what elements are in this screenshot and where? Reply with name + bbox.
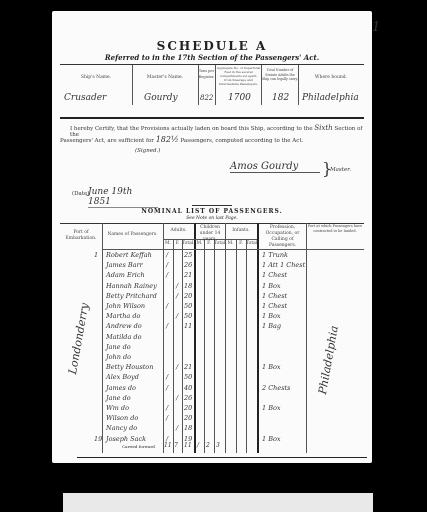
tons-value: 822 xyxy=(200,94,213,102)
header-infants: Infants. xyxy=(225,228,257,234)
adult-age: 25 xyxy=(184,251,192,259)
master-name-value: Gourdy xyxy=(144,93,178,103)
schedule-title: SCHEDULE A xyxy=(52,39,372,53)
statute-adults-value: 182 xyxy=(272,93,289,103)
passenger-name: Andrew do xyxy=(106,322,142,330)
adult-male-mark: / xyxy=(166,322,168,330)
passenger-luggage: 1 Box xyxy=(262,282,281,290)
passenger-name: Martha do xyxy=(106,312,140,320)
adult-age: 21 xyxy=(184,271,192,279)
passenger-name: Hannah Rainey xyxy=(106,282,157,290)
passenger-name: Nancy do xyxy=(106,424,137,432)
passenger-name: Betty Houston xyxy=(106,363,153,371)
page-number: 1 xyxy=(372,20,380,35)
schedule-subtitle: Referred to in the 17th Section of the P… xyxy=(52,53,372,62)
adult-age: 20 xyxy=(184,404,192,412)
superficial-feet-value: 1700 xyxy=(228,93,251,103)
master-label: Master. xyxy=(330,167,351,173)
header-port-landed: Port at which Passengers have contracted… xyxy=(306,224,364,233)
passenger-name: Wilson do xyxy=(106,414,138,422)
adult-age: 50 xyxy=(184,312,192,320)
header-where-bound: Where bound. xyxy=(298,75,364,81)
header-ship-name: Ship's Name. xyxy=(60,75,132,81)
passenger-name: John Wilson xyxy=(106,302,145,310)
adult-male-mark: / xyxy=(166,251,168,259)
passenger-luggage: 1 Trunk xyxy=(262,251,288,259)
carried-forward-row: Carried forward 11 7 11 / 2 3 xyxy=(102,441,364,451)
passenger-name: James do xyxy=(106,384,136,392)
adult-female-mark: / xyxy=(176,394,178,402)
passenger-number: 1 xyxy=(94,251,98,259)
nominal-list-subtitle: See Note on last Page. xyxy=(52,216,372,221)
passenger-luggage: 1 Bag xyxy=(262,322,281,330)
adult-female-mark: / xyxy=(176,282,178,290)
adult-age: 18 xyxy=(184,424,192,432)
where-bound-value: Philadelphia xyxy=(302,93,359,103)
adult-age: 21 xyxy=(184,363,192,371)
passenger-name: Alex Boyd xyxy=(106,373,139,381)
header-profession: Profession, Occupation, or Calling of Pa… xyxy=(259,225,306,249)
adult-age: 50 xyxy=(184,302,192,310)
passenger-count-value: 182½ xyxy=(156,135,179,144)
header-tons: Tons per Register. xyxy=(198,68,215,80)
header-names: Names of Passengers. xyxy=(102,232,163,238)
passenger-luggage: 1 Box xyxy=(262,363,281,371)
adult-male-mark: / xyxy=(166,414,168,422)
certification-line2: Passengers' Act, are sufficient for 182½… xyxy=(60,135,360,144)
passenger-name: Betty Pritchard xyxy=(106,292,157,300)
header-statute-adults: Total Number of Statute Adults the Ship … xyxy=(262,68,298,82)
passenger-luggage: 1 Chest xyxy=(262,302,287,310)
adult-age: 11 xyxy=(184,322,192,330)
header-adults: Adults. xyxy=(163,228,194,234)
passenger-name: Wm do xyxy=(106,404,129,412)
passenger-name: Jane do xyxy=(106,394,131,402)
passenger-luggage: 1 Chest xyxy=(262,292,287,300)
adult-male-mark: / xyxy=(166,384,168,392)
adult-male-mark: / xyxy=(166,373,168,381)
adult-female-mark: / xyxy=(176,424,178,432)
adult-age: 20 xyxy=(184,292,192,300)
header-master-name: Master's Name. xyxy=(132,75,198,81)
passenger-name: John do xyxy=(106,353,131,361)
header-port: Port of Embarkation. xyxy=(60,230,102,242)
date-value: June 19th 1851 xyxy=(88,187,158,208)
passenger-name: Matilda do xyxy=(106,333,141,341)
passenger-luggage: 1 Box xyxy=(262,404,281,412)
adult-male-mark: / xyxy=(166,261,168,269)
date-label: (Date) xyxy=(72,191,89,197)
signed-label: (Signed.) xyxy=(135,148,160,154)
ship-table: Ship's Name. Master's Name. Tons per Reg… xyxy=(60,65,364,107)
adult-male-mark: / xyxy=(166,404,168,412)
passenger-table: Port of Embarkation. Names of Passengers… xyxy=(60,223,364,457)
ship-name-value: Crusader xyxy=(64,93,106,103)
next-page-edge xyxy=(63,493,373,512)
adult-female-mark: / xyxy=(176,292,178,300)
passenger-name: Robert Keffah xyxy=(106,251,152,259)
passenger-name: Jane do xyxy=(106,343,131,351)
passenger-luggage: 2 Chests xyxy=(262,384,291,392)
passenger-luggage: 1 Att 1 Chest xyxy=(262,261,305,269)
passenger-name: Adam Erich xyxy=(106,271,145,279)
adult-age: 18 xyxy=(184,282,192,290)
nominal-list-title: NOMINAL LIST OF PASSENGERS. xyxy=(52,208,372,215)
passenger-name: James Barr xyxy=(106,261,143,269)
passenger-luggage: 1 Box xyxy=(262,312,281,320)
section-value: Sixth xyxy=(314,124,332,132)
bottom-rule xyxy=(77,457,367,458)
adult-male-mark: / xyxy=(166,271,168,279)
adult-age: 26 xyxy=(184,261,192,269)
passenger-luggage: 1 Chest xyxy=(262,271,287,279)
adult-male-mark: / xyxy=(166,302,168,310)
adult-age: 20 xyxy=(184,414,192,422)
header-superficial-feet: Aggregate No. of Superficial Feet in the… xyxy=(216,66,261,86)
master-signature: Amos Gourdy xyxy=(230,161,320,173)
adult-female-mark: / xyxy=(176,363,178,371)
adult-female-mark: / xyxy=(176,312,178,320)
document-page: 1 SCHEDULE A Referred to in the 17th Sec… xyxy=(52,11,372,463)
adult-age: 26 xyxy=(184,394,192,402)
adult-age: 40 xyxy=(184,384,192,392)
divider xyxy=(60,117,364,119)
adult-age: 50 xyxy=(184,373,192,381)
